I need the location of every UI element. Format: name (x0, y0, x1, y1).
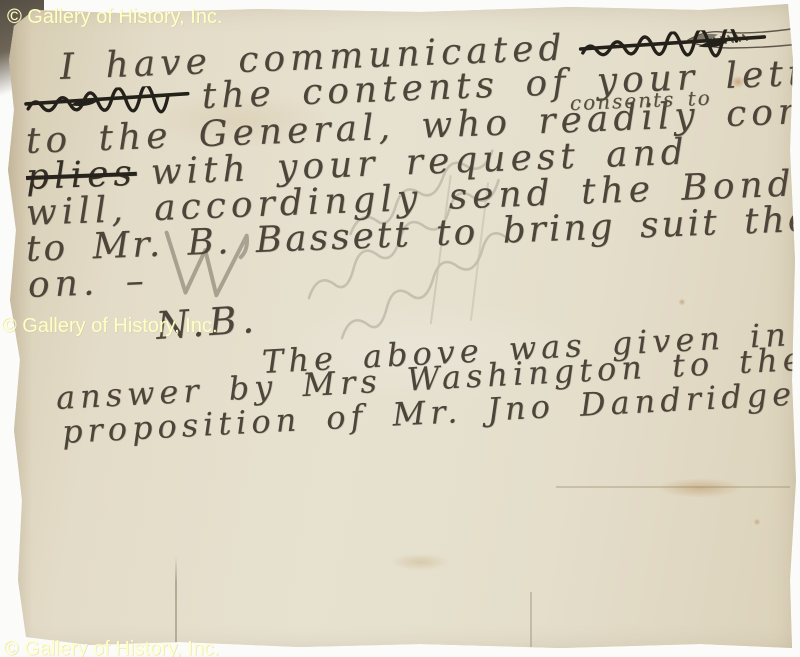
watermark-top: © Gallery of History, Inc. (7, 6, 223, 29)
watermark-bottom: © Gallery of History, Inc. (4, 638, 220, 657)
manuscript-line-7-text: on. – (27, 260, 149, 306)
horizontal-crease (556, 486, 790, 488)
manuscript-line-7: on. – (27, 259, 149, 308)
scanned-document-photo: I have communicated the contents of your… (0, 0, 800, 657)
vertical-crease (530, 592, 532, 647)
watermark-middle: © Gallery of History, Inc. (2, 315, 218, 338)
vertical-crease (175, 556, 177, 646)
interlinear-insertion: consents to (569, 76, 712, 125)
